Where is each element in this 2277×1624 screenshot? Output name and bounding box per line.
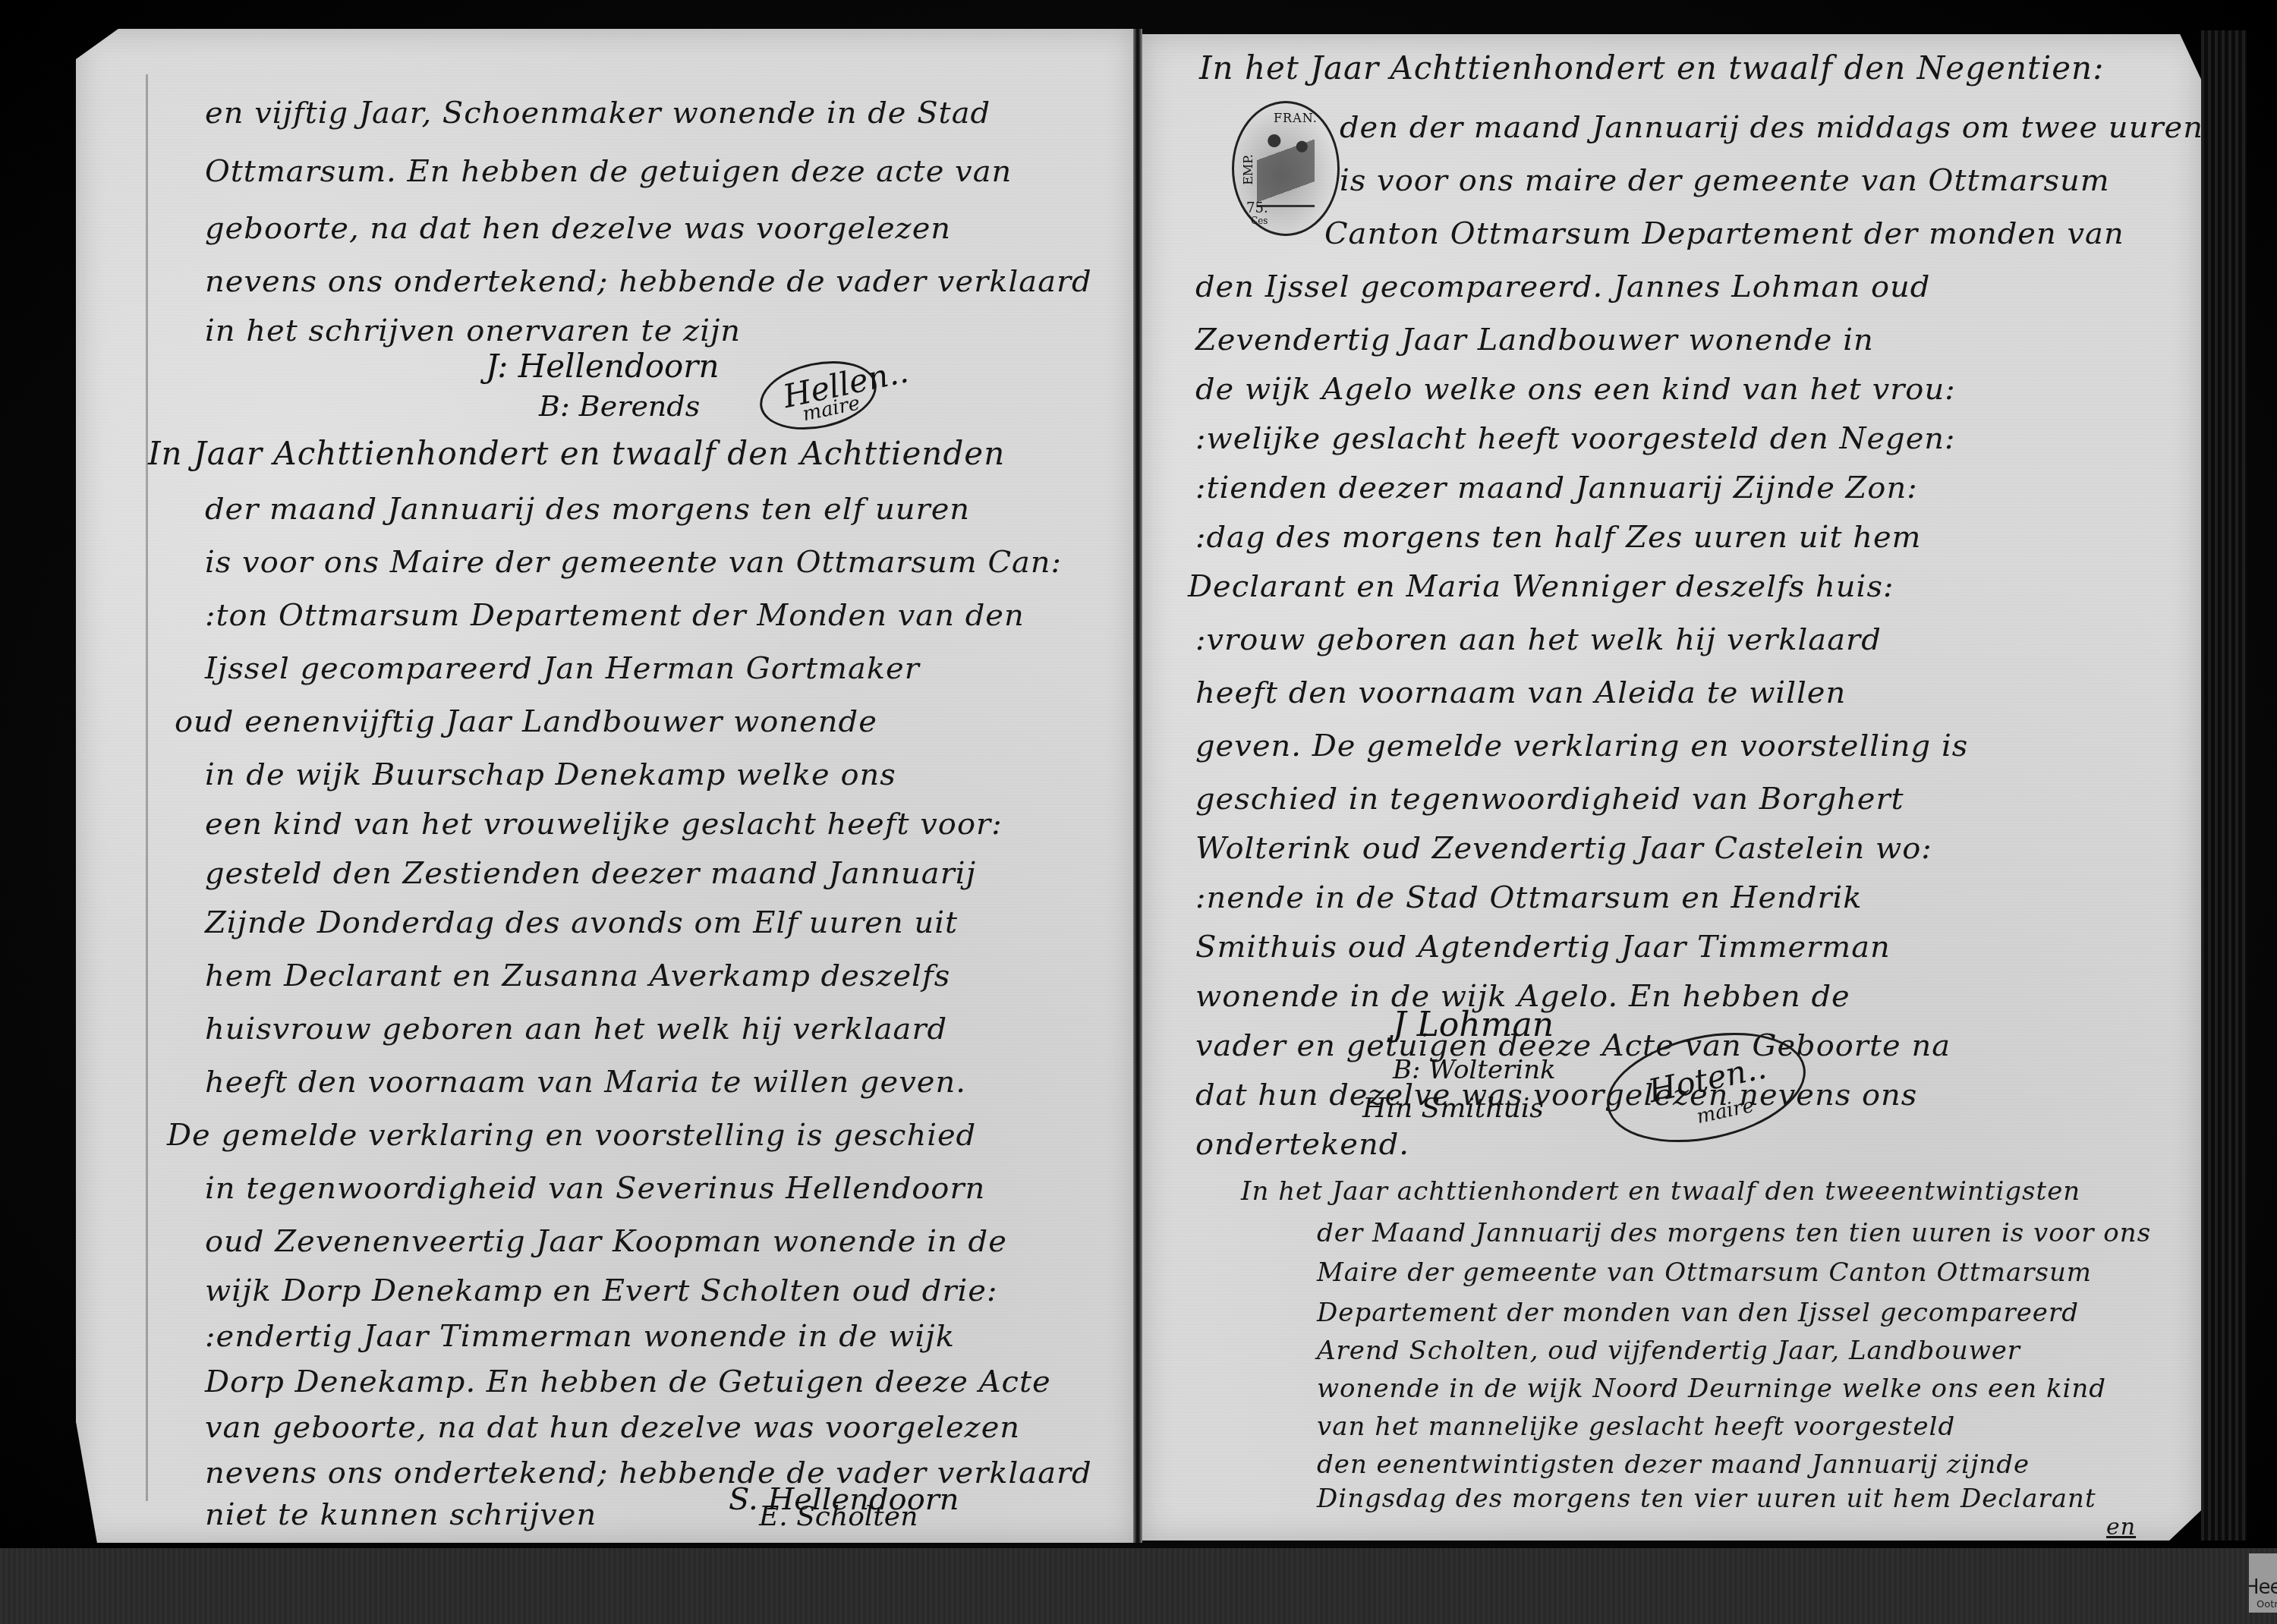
text-line: den Ijssel gecompareerd. Jannes Lohman o… bbox=[1195, 269, 1930, 304]
catchword: en bbox=[2106, 1514, 2136, 1541]
text-line: Zevendertig Jaar Landbouwer wonende in bbox=[1195, 323, 1874, 357]
entry-heading-line: In Jaar Achttienhondert en twaalf den Ac… bbox=[148, 435, 1005, 472]
text-line: :ton Ottmarsum Departement der Monden va… bbox=[205, 598, 1025, 633]
text-line-child-name: heeft den voornaam van Aleida te willen bbox=[1195, 675, 1846, 710]
text-line: nevens ons ondertekend; hebbende de vade… bbox=[205, 264, 1092, 299]
text-line: Canton Ottmarsum Departement der monden … bbox=[1324, 216, 2124, 251]
text-line: oud Zevenenveertig Jaar Koopman wonende … bbox=[205, 1224, 1007, 1259]
signature-smithuis: Hin Smithuis bbox=[1362, 1093, 1544, 1124]
text-line: :nende in de Stad Ottmarsum en Hendrik bbox=[1195, 880, 1863, 915]
text-line: den eenentwintigsten dezer maand Jannuar… bbox=[1317, 1449, 2030, 1480]
text-line: van geboorte, na dat hun dezelve was voo… bbox=[205, 1410, 1020, 1445]
signature-lohman: J Lohman bbox=[1393, 1006, 1554, 1044]
text-line: gesteld den Zestienden deezer maand Jann… bbox=[205, 856, 976, 891]
text-line: wonende in de wijk Noord Deurninge welke… bbox=[1317, 1374, 2106, 1404]
text-line: een kind van het vrouwelijke geslacht he… bbox=[205, 807, 1003, 842]
text-line: niet te kunnen schrijven bbox=[205, 1497, 597, 1532]
text-line: geboorte, na dat hen dezelve was voorgel… bbox=[205, 211, 951, 246]
text-line-child-name: heeft den voornaam van Maria te willen g… bbox=[205, 1065, 966, 1100]
text-line: ondertekend. bbox=[1195, 1127, 1409, 1162]
text-line: geschied in tegenwoordigheid van Borgher… bbox=[1195, 782, 1904, 817]
text-line: der Maand Jannuarij des morgens ten tien… bbox=[1317, 1218, 2151, 1248]
entry-heading-line: In het Jaar achttienhondert en twaalf de… bbox=[1241, 1176, 2080, 1207]
signature-hellendoorn: J: Hellendoorn bbox=[486, 348, 719, 385]
text-line: in tegenwoordigheid van Severinus Hellen… bbox=[205, 1171, 985, 1206]
text-line: de wijk Agelo welke ons een kind van het… bbox=[1195, 372, 1956, 407]
text-line: :dag des morgens ten half Zes uuren uit … bbox=[1195, 520, 1922, 555]
mayor-paraph: Hellen.. maire bbox=[754, 351, 883, 440]
text-line: huisvrouw geboren aan het welk hij verkl… bbox=[205, 1012, 947, 1046]
right-page: FRAN. EMP. 75. Ces In het Jaar Achttienh… bbox=[1142, 34, 2201, 1541]
text-line: in het schrijven onervaren te zijn bbox=[205, 313, 741, 348]
text-line: :tienden deezer maand Jannuarij Zijnde Z… bbox=[1195, 471, 1918, 505]
text-line: is voor ons Maire der gemeente van Ottma… bbox=[205, 545, 1062, 580]
left-page-text: en vijftig Jaar, Schoenmaker wonende in … bbox=[76, 29, 1135, 1543]
text-line: Dingsdag des morgens ten vier uuren uit … bbox=[1317, 1484, 2096, 1514]
text-line: is voor ons maire der gemeente van Ottma… bbox=[1340, 163, 2110, 198]
text-line: oud eenenvijftig Jaar Landbouwer wonende bbox=[175, 704, 877, 739]
text-line: Maire der gemeente van Ottmarsum Canton … bbox=[1317, 1257, 2092, 1288]
text-line: Zijnde Donderdag des avonds om Elf uuren… bbox=[205, 905, 958, 940]
text-line: Wolterink oud Zevendertig Jaar Castelein… bbox=[1195, 831, 1932, 866]
text-line: De gemelde verklaring en voorstelling is… bbox=[167, 1118, 976, 1153]
text-line: den der maand Jannuarij des middags om t… bbox=[1340, 110, 2203, 145]
left-page: en vijftig Jaar, Schoenmaker wonende in … bbox=[76, 29, 1135, 1543]
signature-berends: B: Berends bbox=[539, 389, 700, 423]
text-line: Ottmarsum. En hebben de getuigen deze ac… bbox=[205, 154, 1012, 189]
text-line: in de wijk Buurschap Denekamp welke ons bbox=[205, 757, 896, 792]
text-line: geven. De gemelde verklaring en voorstel… bbox=[1195, 729, 1968, 763]
text-line: :endertig Jaar Timmerman wonende in de w… bbox=[205, 1319, 955, 1354]
heemhuis-logo: Heemhuis Ootmarsum bbox=[2249, 1553, 2277, 1613]
entry-heading-line: In het Jaar Achttienhondert en twaalf de… bbox=[1199, 49, 2104, 87]
text-line: Departement der monden van den Ijssel ge… bbox=[1317, 1298, 2079, 1328]
text-line: :welijke geslacht heeft voorgesteld den … bbox=[1195, 421, 1956, 456]
text-line: wijk Dorp Denekamp en Evert Scholten oud… bbox=[205, 1273, 998, 1308]
text-line: hem Declarant en Zusanna Averkamp deszel… bbox=[205, 958, 950, 993]
text-line: Arend Scholten, oud vijfendertig Jaar, L… bbox=[1317, 1336, 2020, 1366]
text-line: der maand Jannuarij des morgens ten elf … bbox=[205, 492, 970, 527]
text-line: :vrouw geboren aan het welk hij verklaar… bbox=[1195, 622, 1882, 657]
text-line: vader en getuigen deeze Acte van Geboort… bbox=[1195, 1028, 1951, 1063]
text-line: en vijftig Jaar, Schoenmaker wonende in … bbox=[205, 96, 990, 131]
page-stack-edge bbox=[2201, 30, 2247, 1541]
scanner-bed bbox=[0, 1548, 2277, 1624]
text-line: Declarant en Maria Wenniger deszelfs hui… bbox=[1188, 569, 1894, 604]
text-line: Ijssel gecompareerd Jan Herman Gortmaker bbox=[205, 651, 920, 686]
right-page-text: In het Jaar Achttienhondert en twaalf de… bbox=[1142, 34, 2201, 1541]
book-gutter bbox=[1133, 29, 1142, 1543]
text-line: Dorp Denekamp. En hebben de Getuigen dee… bbox=[205, 1364, 1051, 1399]
text-line: van het mannelijke geslacht heeft voorge… bbox=[1317, 1412, 1955, 1442]
text-line: dat hun dezelve was voorgelezen nevens o… bbox=[1195, 1078, 1917, 1113]
text-line: Smithuis oud Agtendertig Jaar Timmerman bbox=[1195, 930, 1891, 965]
document-scan: en vijftig Jaar, Schoenmaker wonende in … bbox=[0, 0, 2277, 1624]
signature-e-scholten: E. Scholten bbox=[759, 1501, 918, 1532]
signature-wolterink: B: Wolterink bbox=[1393, 1055, 1556, 1085]
